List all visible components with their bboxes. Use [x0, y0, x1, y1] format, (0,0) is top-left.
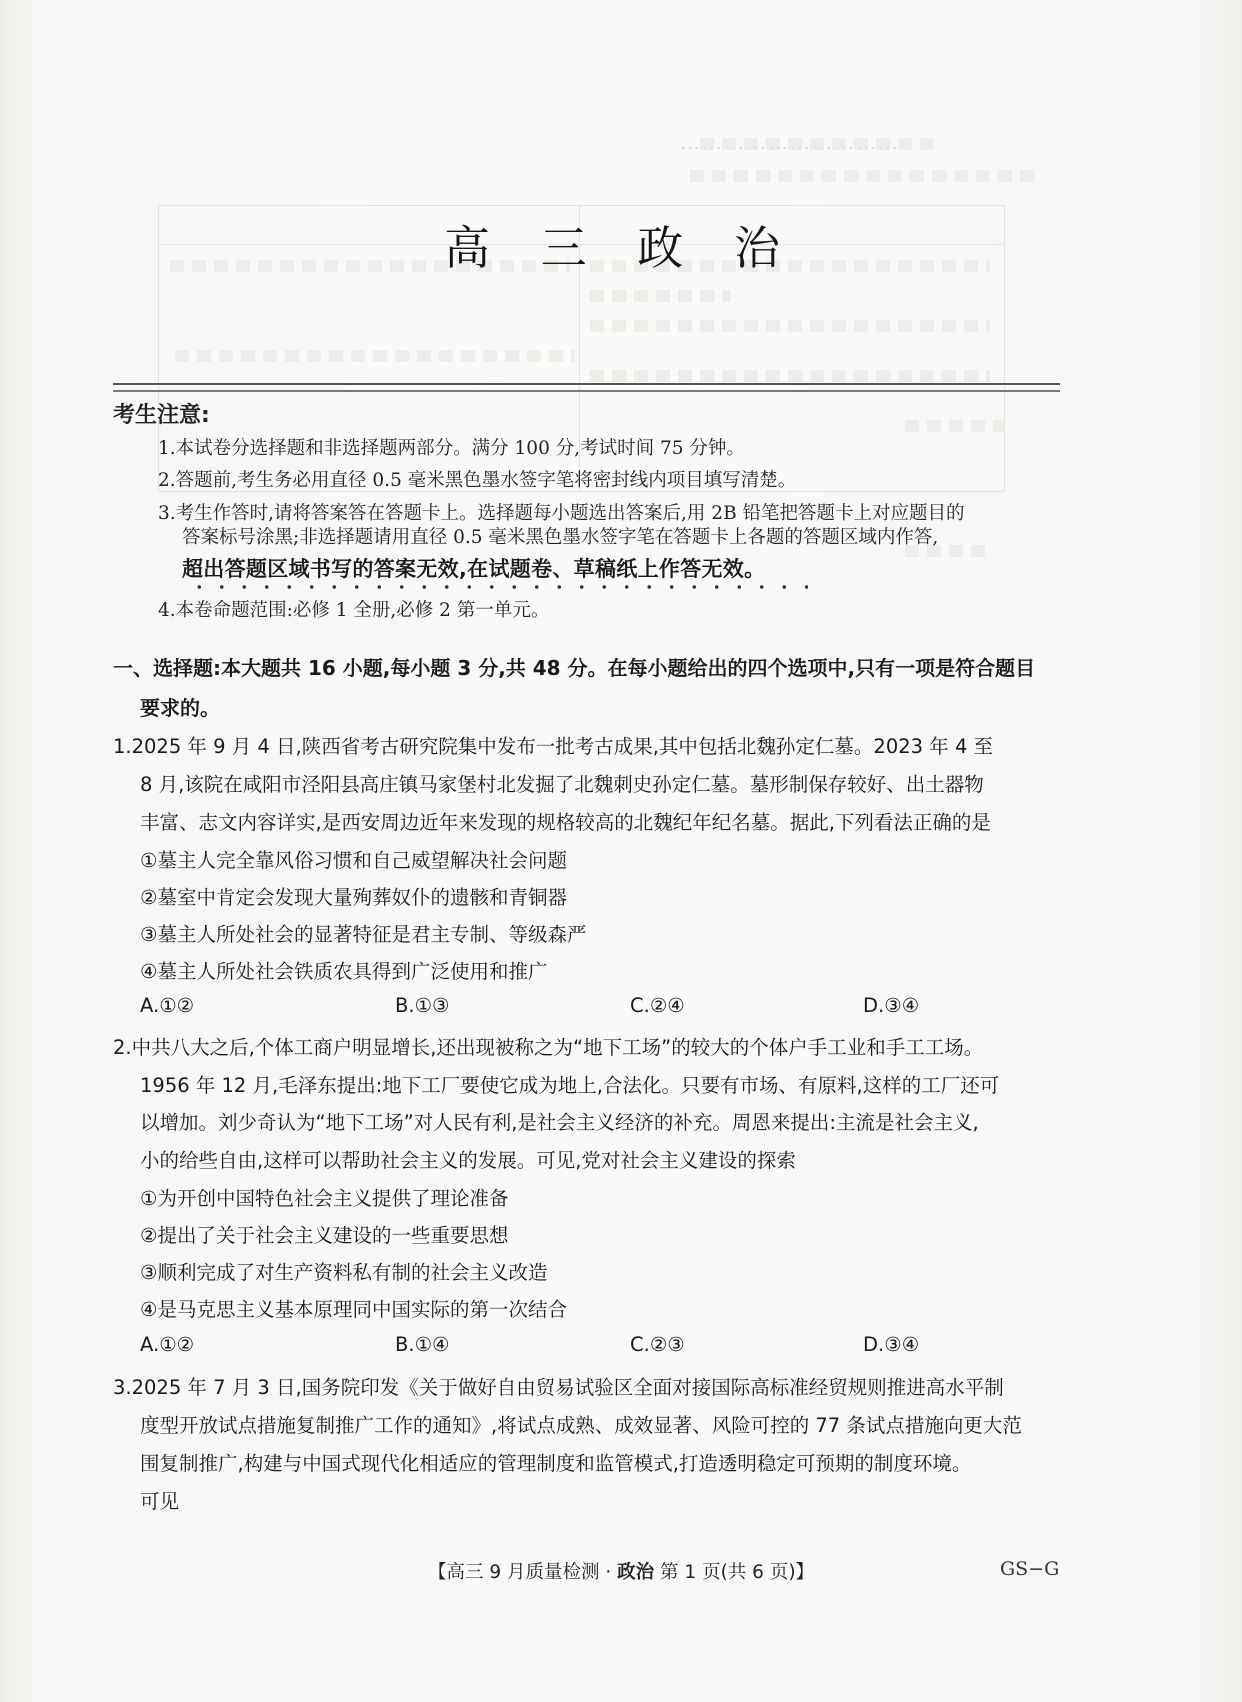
section-heading-cont: 要求的。 — [140, 692, 220, 721]
ghost-line — [700, 138, 940, 150]
question-1-text: 1.2025 年 9 月 4 日,陕西省考古研究院集中发布一批考古成果,其中包括… — [113, 731, 993, 759]
notice-item-3: 3.考生作答时,请将答案答在答题卡上。选择题每小题选出答案后,用 2B 铅笔把答… — [158, 499, 965, 525]
question-2-text: 以增加。刘少奇认为“地下工场”对人民有利,是社会主义经济的补充。周恩来提出:主流… — [140, 1107, 979, 1135]
question-2-option-c: C.②③ — [630, 1333, 685, 1356]
question-3-text: 3.2025 年 7 月 3 日,国务院印发《关于做好自由贸易试验区全面对接国际… — [113, 1372, 1004, 1400]
question-1-option-c: C.②④ — [630, 994, 685, 1017]
footer-page-info: 第 1 页(共 6 页) — [654, 1562, 795, 1583]
footer-exam-name: 高三 9 月质量检测 · — [446, 1562, 617, 1583]
question-1-statement: ④墓主人所处社会铁质农具得到广泛使用和推广 — [140, 956, 547, 984]
title-divider — [113, 383, 1060, 392]
paper-code: GS−G — [1000, 1558, 1059, 1580]
question-2-statement: ①为开创中国特色社会主义提供了理论准备 — [140, 1183, 508, 1211]
notice-item-2: 2.答题前,考生务必用直径 0.5 毫米黑色墨水签字笔将密封线内项目填写清楚。 — [158, 466, 796, 492]
ghost-line — [590, 320, 990, 332]
question-1-option-b: B.①③ — [395, 994, 450, 1017]
question-2-statement: ②提出了关于社会主义建设的一些重要思想 — [140, 1220, 508, 1248]
question-3-text: 可见 — [140, 1486, 179, 1514]
question-3-text: 度型开放试点措施复制推广工作的通知》,将试点成熟、成效显著、风险可控的 77 条… — [140, 1410, 1022, 1438]
question-2-text: 1956 年 12 月,毛泽东提出:地下工厂要使它成为地上,合法化。只要有市场、… — [140, 1070, 999, 1098]
question-1-statement: ③墓主人所处社会的显著特征是君主专制、等级森严 — [140, 919, 586, 947]
question-1-text: 8 月,该院在咸阳市泾阳县高庄镇马家堡村北发掘了北魏刺史孙定仁墓。墓形制保存较好… — [140, 769, 984, 797]
exam-page: ………………………… 高 三 政 治 考生注意: 1.本试卷分选择题和非选择题两… — [0, 0, 1242, 1702]
ghost-line — [690, 170, 1040, 182]
question-1-statement: ②墓室中肯定会发现大量殉葬奴仆的遗骸和青铜器 — [140, 882, 567, 910]
footer-bracket-left: 【 — [428, 1562, 447, 1583]
question-3-text: 围复制推广,构建与中国式现代化相适应的管理制度和监管模式,打造透明稳定可预期的制… — [140, 1448, 971, 1476]
ghost-line — [590, 290, 730, 302]
question-1-statement: ①墓主人完全靠风俗习惯和自己威望解决社会问题 — [140, 845, 567, 873]
question-2-option-b: B.①④ — [395, 1333, 450, 1356]
notice-item-1: 1.本试卷分选择题和非选择题两部分。满分 100 分,考试时间 75 分钟。 — [158, 434, 745, 460]
question-1-text: 丰富、志文内容详实,是西安周边近年来发现的规格较高的北魏纪年纪名墓。据此,下列看… — [140, 807, 991, 835]
notice-heading: 考生注意: — [113, 398, 210, 429]
footer-bracket-right: 】 — [796, 1562, 815, 1583]
notice-item-4: 4.本卷命题范围:必修 1 全册,必修 2 第一单元。 — [158, 596, 549, 622]
ghost-line — [905, 420, 1005, 432]
notice-item-3-continued: 答案标号涂黑;非选择题请用直径 0.5 毫米黑色墨水签字笔在答题卡上各题的答题区… — [182, 523, 938, 549]
ghost-line — [590, 370, 990, 382]
question-2-statement: ③顺利完成了对生产资料私有制的社会主义改造 — [140, 1257, 547, 1285]
question-2-option-a: A.①② — [140, 1333, 194, 1356]
footer-subject: 政治 — [617, 1562, 654, 1583]
question-2-text: 小的给些自由,这样可以帮助社会主义的发展。可见,党对社会主义建设的探索 — [140, 1145, 796, 1173]
question-2-statement: ④是马克思主义基本原理同中国实际的第一次结合 — [140, 1294, 567, 1322]
question-1-option-a: A.①② — [140, 994, 194, 1017]
section-heading: 一、选择题:本大题共 16 小题,每小题 3 分,共 48 分。在每小题给出的四… — [113, 652, 1035, 681]
exam-title: 高 三 政 治 — [0, 212, 1242, 278]
question-1-option-d: D.③④ — [863, 994, 919, 1017]
emphasis-dots — [188, 584, 808, 590]
question-2-text: 2.中共八大之后,个体工商户明显增长,还出现被称之为“地下工场”的较大的个体户手… — [113, 1032, 983, 1060]
ghost-line — [175, 350, 575, 362]
question-2-option-d: D.③④ — [863, 1333, 919, 1356]
notice-emphasis: 超出答题区域书写的答案无效,在试题卷、草稿纸上作答无效。 — [182, 553, 765, 583]
